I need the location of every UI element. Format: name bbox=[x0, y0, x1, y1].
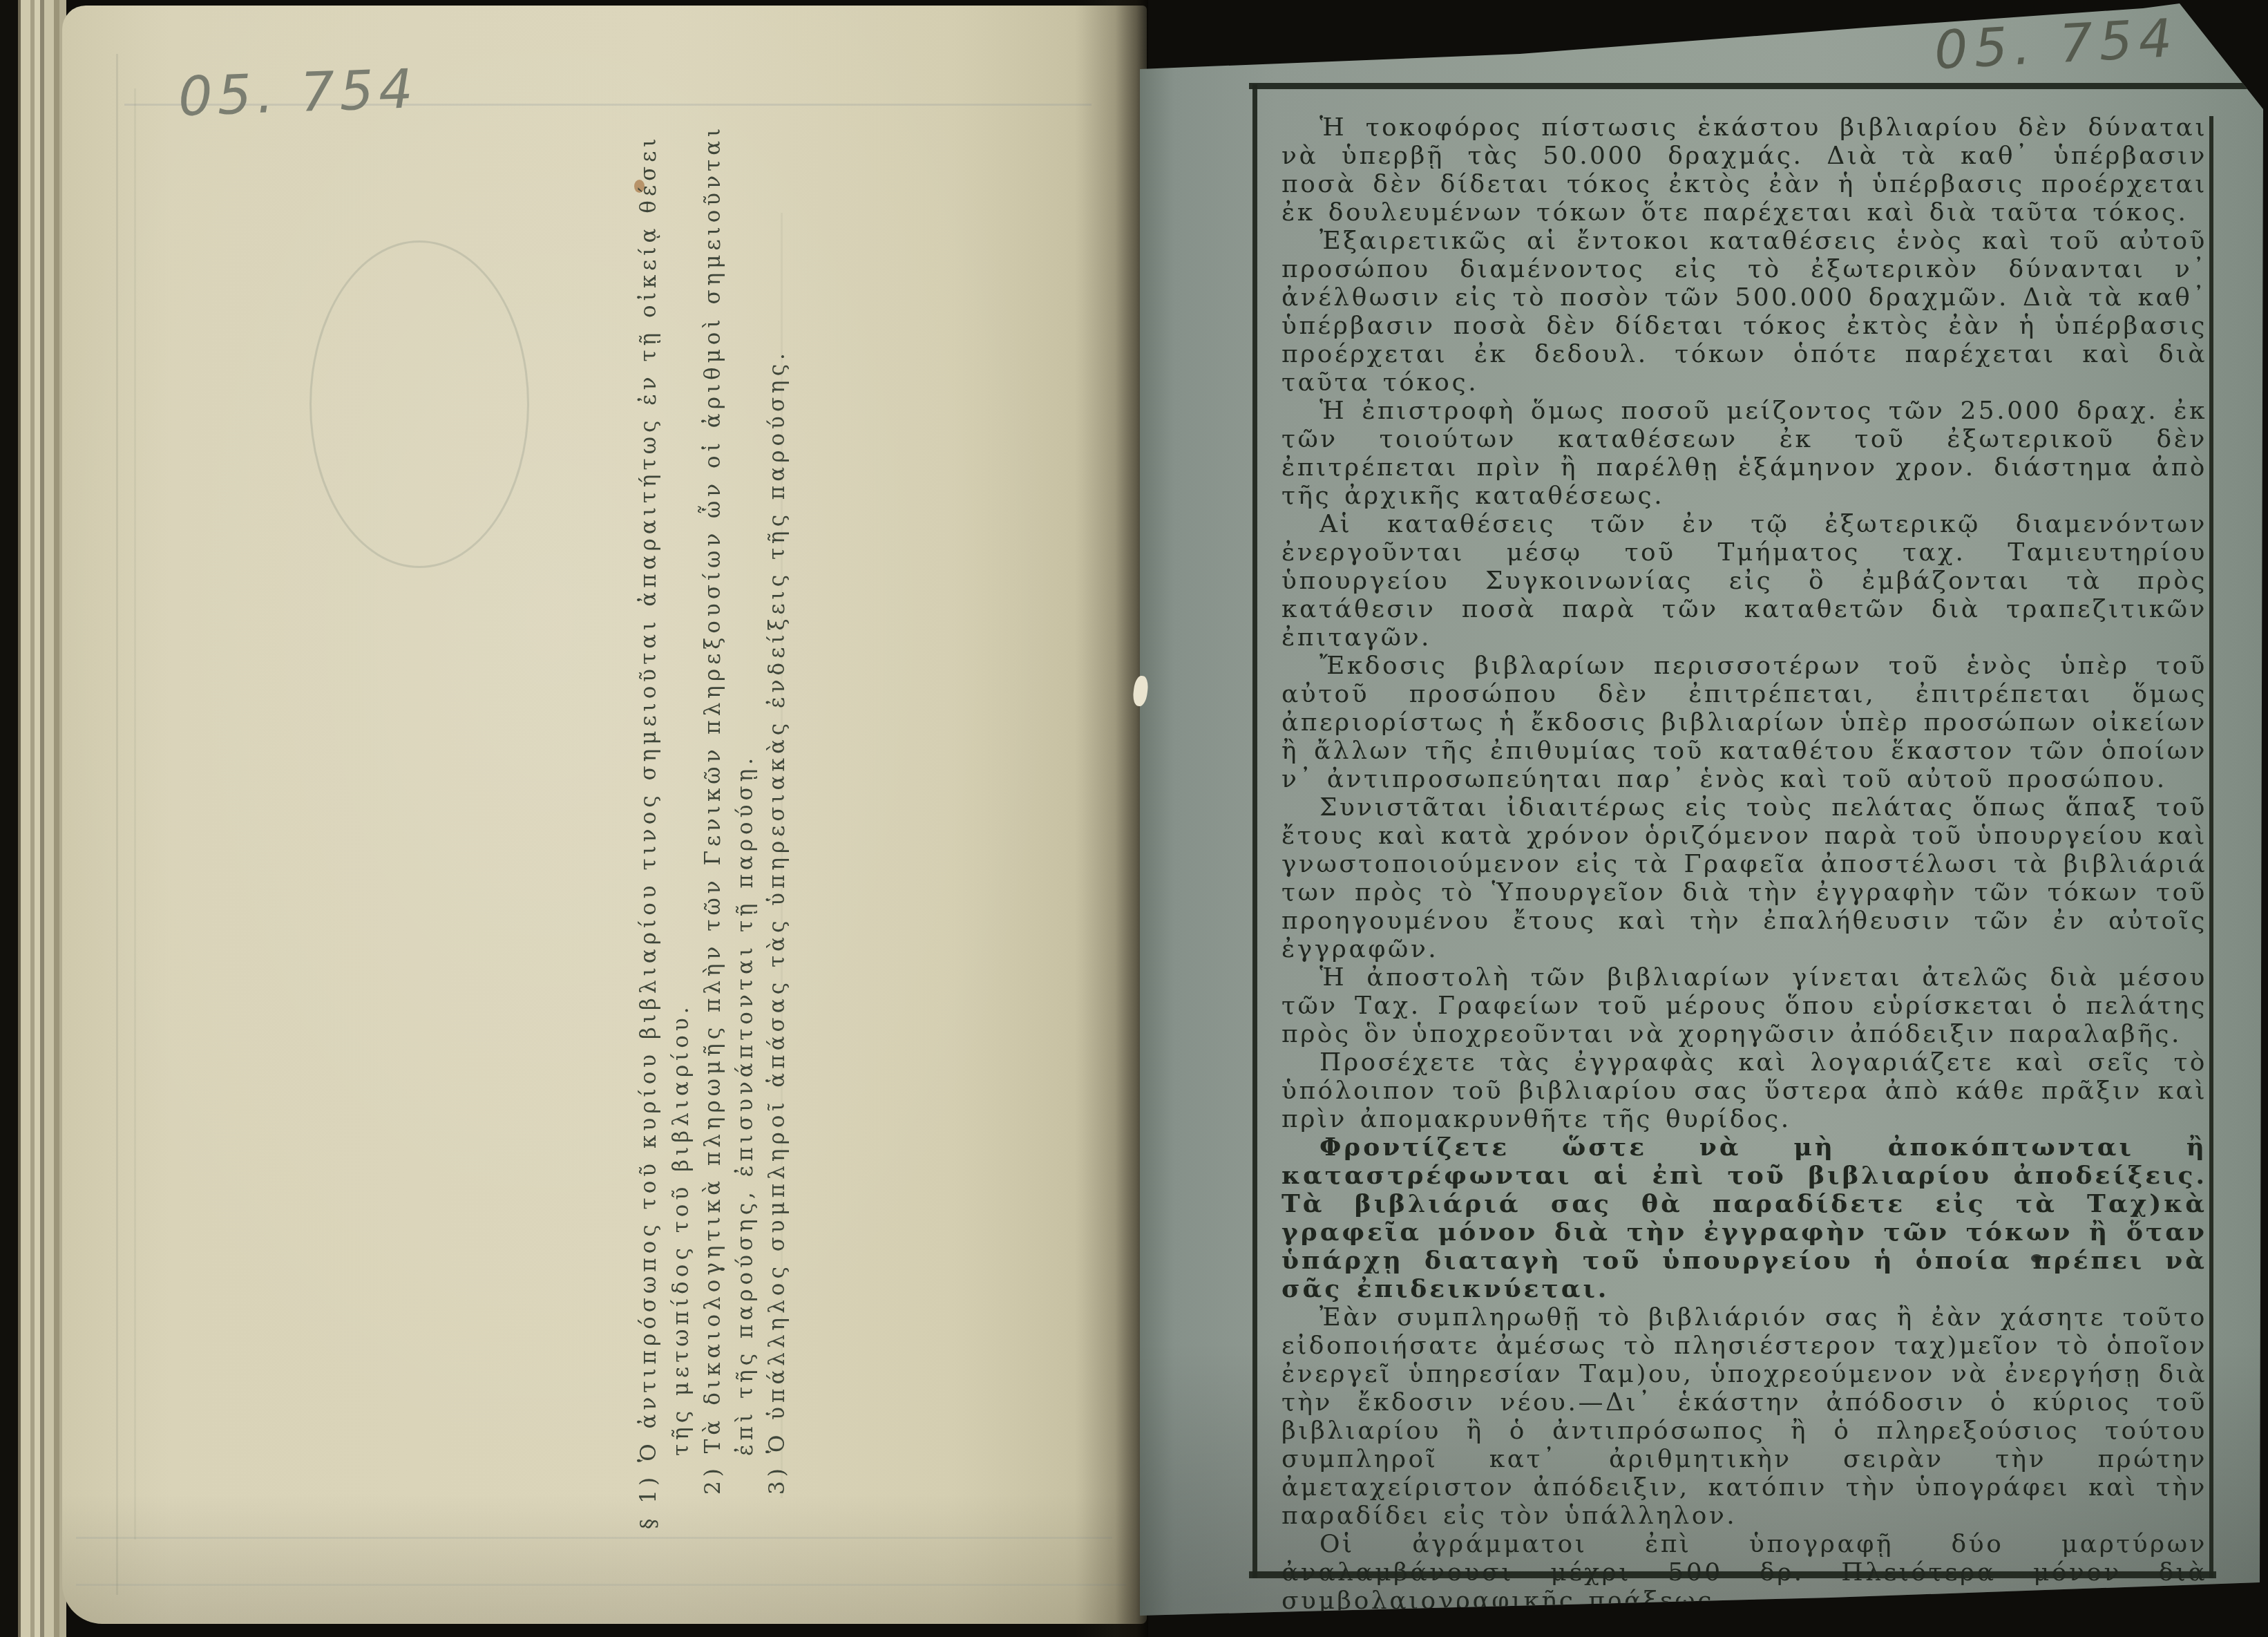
note-line-2b: ἐπὶ τῆς παρούσης, ἐπισυνάπτονται τῇ παρο… bbox=[730, 79, 762, 1533]
book-page-edge-stack bbox=[0, 0, 66, 1637]
paragraph-lost-booklet: Ἐὰν συμπληρωθῇ τὸ βιβλιάριόν σας ἢ ἐὰν χ… bbox=[1281, 1303, 2207, 1530]
frame-right-rule bbox=[2209, 116, 2213, 1578]
paragraph-check-entries: Προσέχετε τὰς ἐγγραφὰς καὶ λογαριάζετε κ… bbox=[1281, 1048, 2207, 1133]
gutter-shadow bbox=[1075, 0, 1148, 1637]
paragraph-annual-submission: Συνιστᾶται ἰδιαιτέρως εἰς τοὺς πελάτας ὅ… bbox=[1281, 793, 2207, 963]
paragraph-illiterate-limit: Οἱ ἀγράμματοι ἐπὶ ὑπογραφῇ δύο μαρτύρων … bbox=[1281, 1530, 2207, 1615]
note-line-1: § 1) Ὁ ἀντιπρόσωπος τοῦ κυρίου βιβλιαρίο… bbox=[633, 79, 665, 1533]
catalog-number-pencil-right: 05. 754 bbox=[1933, 12, 2180, 77]
marginal-notes-rotated: § 1) Ὁ ἀντιπρόσωπος τοῦ κυρίου βιβλιαρίο… bbox=[633, 79, 795, 1533]
paragraph-refund-limit: Ἡ ἐπιστροφὴ ὅμως ποσοῦ μείζοντος τῶν 25.… bbox=[1281, 397, 2207, 510]
frame-top-rule bbox=[1249, 83, 2256, 89]
rules-text-block: Ἡ τοκοφόρος πίστωσις ἑκάστου βιβλιαρίου … bbox=[1281, 113, 2207, 1615]
note-line-1b: τῆς μετωπίδος τοῦ βιβλιαρίου. bbox=[665, 79, 698, 1533]
note-line-2: 2) Τὰ δικαιολογητικὰ πληρωμῆς πλὴν τῶν Γ… bbox=[697, 79, 730, 1533]
bleedthrough-line bbox=[116, 54, 118, 1595]
paragraph-free-dispatch: Ἡ ἀποστολὴ τῶν βιβλιαρίων γίνεται ἀτελῶς… bbox=[1281, 963, 2207, 1048]
paragraph-deposit-channel: Αἱ καταθέσεις τῶν ἐν τῷ ἐξωτερικῷ διαμεν… bbox=[1281, 510, 2207, 652]
frame-left-rule bbox=[1252, 84, 1257, 1578]
scanned-book-spread: 05. 754 § 1) Ὁ ἀντιπρόσωπος τοῦ κυρίου β… bbox=[0, 0, 2268, 1637]
bleedthrough-line bbox=[76, 1584, 1126, 1586]
left-page: 05. 754 § 1) Ὁ ἀντιπρόσωπος τοῦ κυρίου β… bbox=[62, 6, 1147, 1624]
note-line-3: 3) Ὁ ὑπάλληλος συμπληροῖ ἁπάσας τὰς ὑπηρ… bbox=[761, 79, 794, 1533]
paragraph-interest-limit: Ἡ τοκοφόρος πίστωσις ἑκάστου βιβλιαρίου … bbox=[1281, 113, 2207, 227]
paragraph-single-booklet: Ἔκδοσις βιβλαρίων περισσοτέρων τοῦ ἑνὸς … bbox=[1281, 652, 2207, 793]
bleedthrough-line bbox=[76, 1537, 1112, 1539]
paragraph-protect-receipts: Φροντίζετε ὥστε νὰ μὴ ἀποκόπτωνται ἢ κατ… bbox=[1281, 1133, 2207, 1303]
catalog-number-pencil-left: 05. 754 bbox=[178, 62, 419, 124]
paragraph-foreign-deposits: Ἐξαιρετικῶς αἱ ἔντοκοι καταθέσεις ἑνὸς κ… bbox=[1281, 227, 2207, 397]
bleedthrough-line bbox=[134, 88, 136, 1540]
bleedthrough-stamp-ghost bbox=[309, 240, 529, 568]
right-page: 05. 754 Ἡ τοκοφόρος πίστωσις ἑκάστου βιβ… bbox=[1140, 0, 2268, 1637]
